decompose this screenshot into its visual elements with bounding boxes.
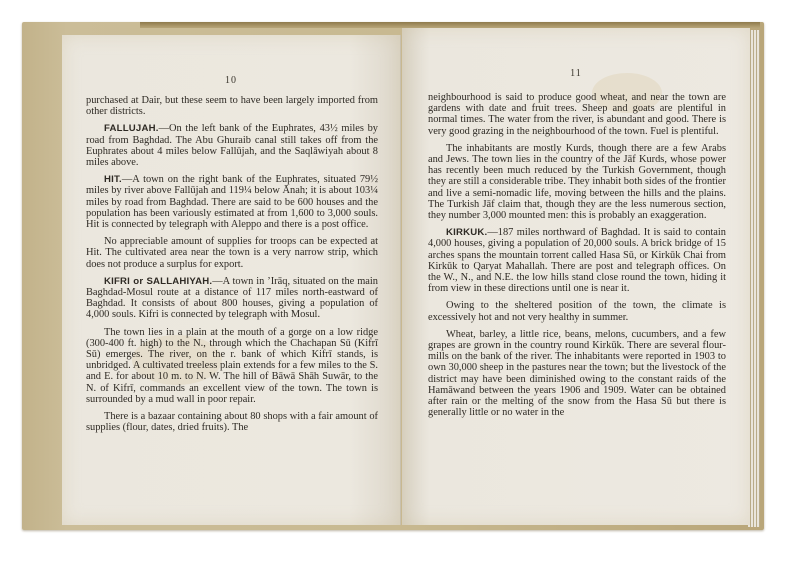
paragraph: The town lies in a plain at the mouth of…: [86, 327, 378, 405]
paragraph: There is a bazaar containing about 80 sh…: [86, 411, 378, 433]
paragraph-hit: HIT.—A town on the right bank of the Eup…: [86, 174, 378, 230]
paragraph-heading: FALLUJAH.: [104, 123, 159, 134]
paragraph-body: The town lies in a plain at the mouth of…: [86, 327, 378, 405]
paragraph: Wheat, barley, a little rice, beans, mel…: [428, 329, 726, 419]
page-number: 11: [402, 68, 750, 79]
paragraph-body: Owing to the sheltered position of the t…: [428, 300, 726, 322]
paragraph-body: —A town on the right bank of the Euphrat…: [86, 174, 378, 230]
page-number: 10: [62, 75, 400, 86]
paragraph-body: The inhabitants are mostly Kurds, though…: [428, 143, 726, 221]
paragraph-body: There is a bazaar containing about 80 sh…: [86, 411, 378, 433]
paragraph-heading: KIRKUK.: [446, 227, 487, 238]
paragraph: neighbourhood is said to produce good wh…: [428, 92, 726, 137]
paragraph: The inhabitants are mostly Kurds, though…: [428, 143, 726, 221]
paragraph-body: No appreciable amount of supplies for tr…: [86, 236, 378, 269]
paragraph-body: neighbourhood is said to produce good wh…: [428, 92, 726, 137]
paragraph-kifri: KIFRI or SALLAHIYAH.—A town in ʼIrāq, si…: [86, 276, 378, 321]
paragraph-body: purchased at Dair, but these seem to hav…: [86, 95, 378, 117]
paragraph-body: Wheat, barley, a little rice, beans, mel…: [428, 329, 726, 418]
paragraph-fallujah: FALLUJAH.—On the left bank of the Euphra…: [86, 123, 378, 168]
page-text: neighbourhood is said to produce good wh…: [428, 92, 726, 424]
page-text: purchased at Dair, but these seem to hav…: [86, 95, 378, 439]
paragraph-kirkuk: KIRKUK.—187 miles northward of Baghdad. …: [428, 227, 726, 294]
paragraph-heading: KIFRI or SALLAHIYAH.: [104, 276, 212, 287]
right-page: 11 neighbourhood is said to produce good…: [402, 28, 750, 525]
paragraph-heading: HIT.: [104, 174, 122, 185]
paragraph: purchased at Dair, but these seem to hav…: [86, 95, 378, 117]
paragraph: Owing to the sheltered position of the t…: [428, 300, 726, 322]
paragraph: No appreciable amount of supplies for tr…: [86, 236, 378, 270]
left-page: 10 purchased at Dair, but these seem to …: [62, 35, 401, 525]
